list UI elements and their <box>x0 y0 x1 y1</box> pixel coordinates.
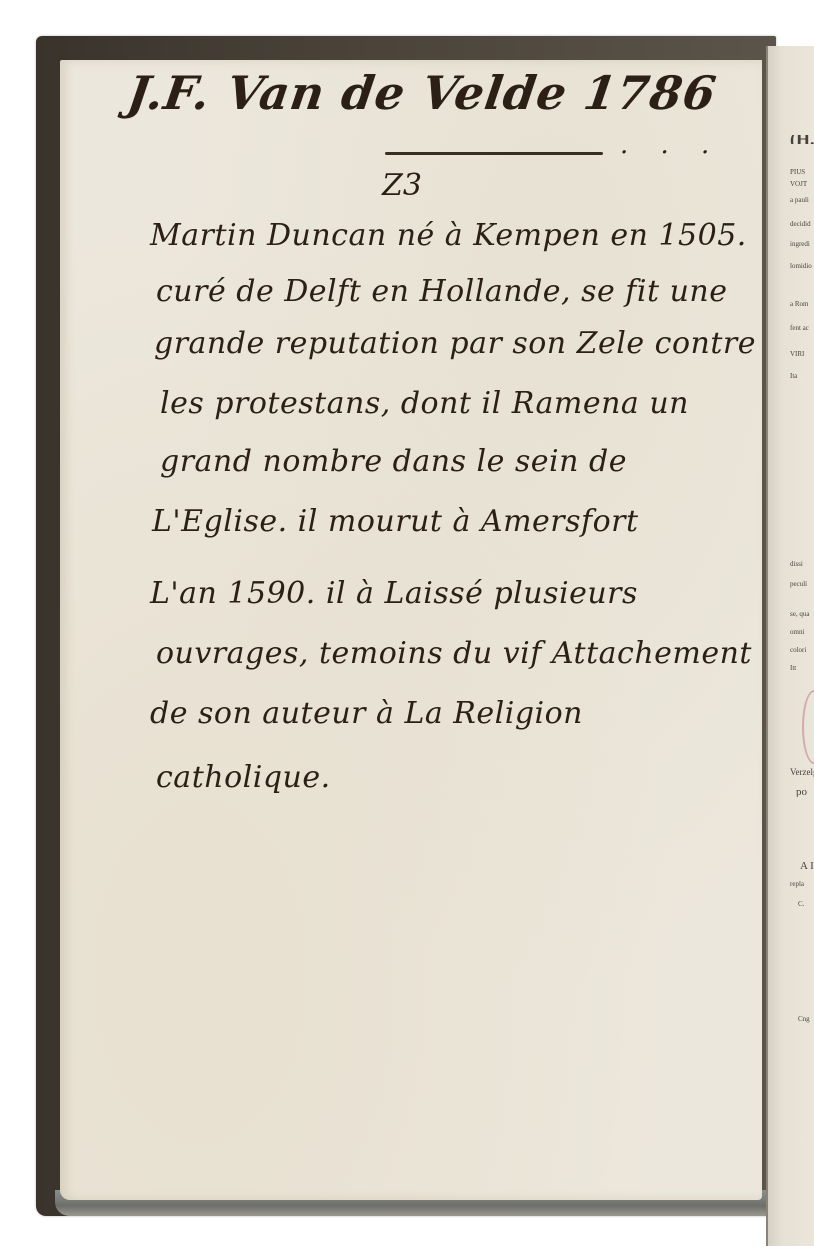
shelf-mark: Z3 <box>382 168 422 203</box>
facing-page-text: VOJT <box>790 180 814 189</box>
facing-page-text: a Rom <box>790 300 814 309</box>
facing-page-text: colori <box>790 646 814 655</box>
facing-page-text: A I <box>800 862 814 871</box>
facing-page-text: fent ac <box>790 324 814 333</box>
manuscript-line: grande reputation par son Zele contre <box>154 326 756 361</box>
manuscript-line: curé de Delft en Hollande, se fit une <box>156 274 727 309</box>
facing-page-text: Itt <box>790 664 814 673</box>
facing-page-text: (H. <box>790 135 814 144</box>
manuscript-line: les protestans, dont il Ramena un <box>160 386 689 421</box>
manuscript-line: catholique. <box>156 760 331 795</box>
manuscript-line: ouvrages, temoins du vif Attachement <box>156 636 752 671</box>
facing-page-text: repla <box>790 880 814 889</box>
manuscript-line: Martin Duncan né à Kempen en 1505. <box>150 218 747 253</box>
facing-page-text: se, qua <box>790 610 814 619</box>
margin-dots: · · · <box>620 138 721 168</box>
facing-page-text: Cng <box>798 1015 814 1024</box>
facing-page-text: omni <box>790 628 814 637</box>
facing-page-text: peculi <box>790 580 814 589</box>
facing-page-text: decidid <box>790 220 814 229</box>
manuscript-line: de son auteur à La Religion <box>150 696 583 731</box>
underline-rule <box>385 152 603 155</box>
facing-page-text: lomidio <box>790 262 814 271</box>
facing-page-text: ingredi <box>790 240 814 249</box>
owner-inscription: J.F. Van de Velde 1786 <box>124 66 720 120</box>
facing-page-text: Ita <box>790 372 814 381</box>
manuscript-line: grand nombre dans le sein de <box>160 444 627 479</box>
facing-page-text: dissi <box>790 560 814 569</box>
facing-page-text: po <box>796 788 814 797</box>
facing-page-text: VIRI <box>790 350 814 359</box>
facing-page-text: C. <box>798 900 814 909</box>
facing-page-text: Verzelge <box>790 768 814 777</box>
manuscript-line: L'an 1590. il à Laissé plusieurs <box>150 576 638 611</box>
manuscript-line: L'Eglise. il mourut à Amersfort <box>152 504 639 539</box>
facing-page-text: a pauli <box>790 196 814 205</box>
facing-page-text: PIUS <box>790 168 814 177</box>
